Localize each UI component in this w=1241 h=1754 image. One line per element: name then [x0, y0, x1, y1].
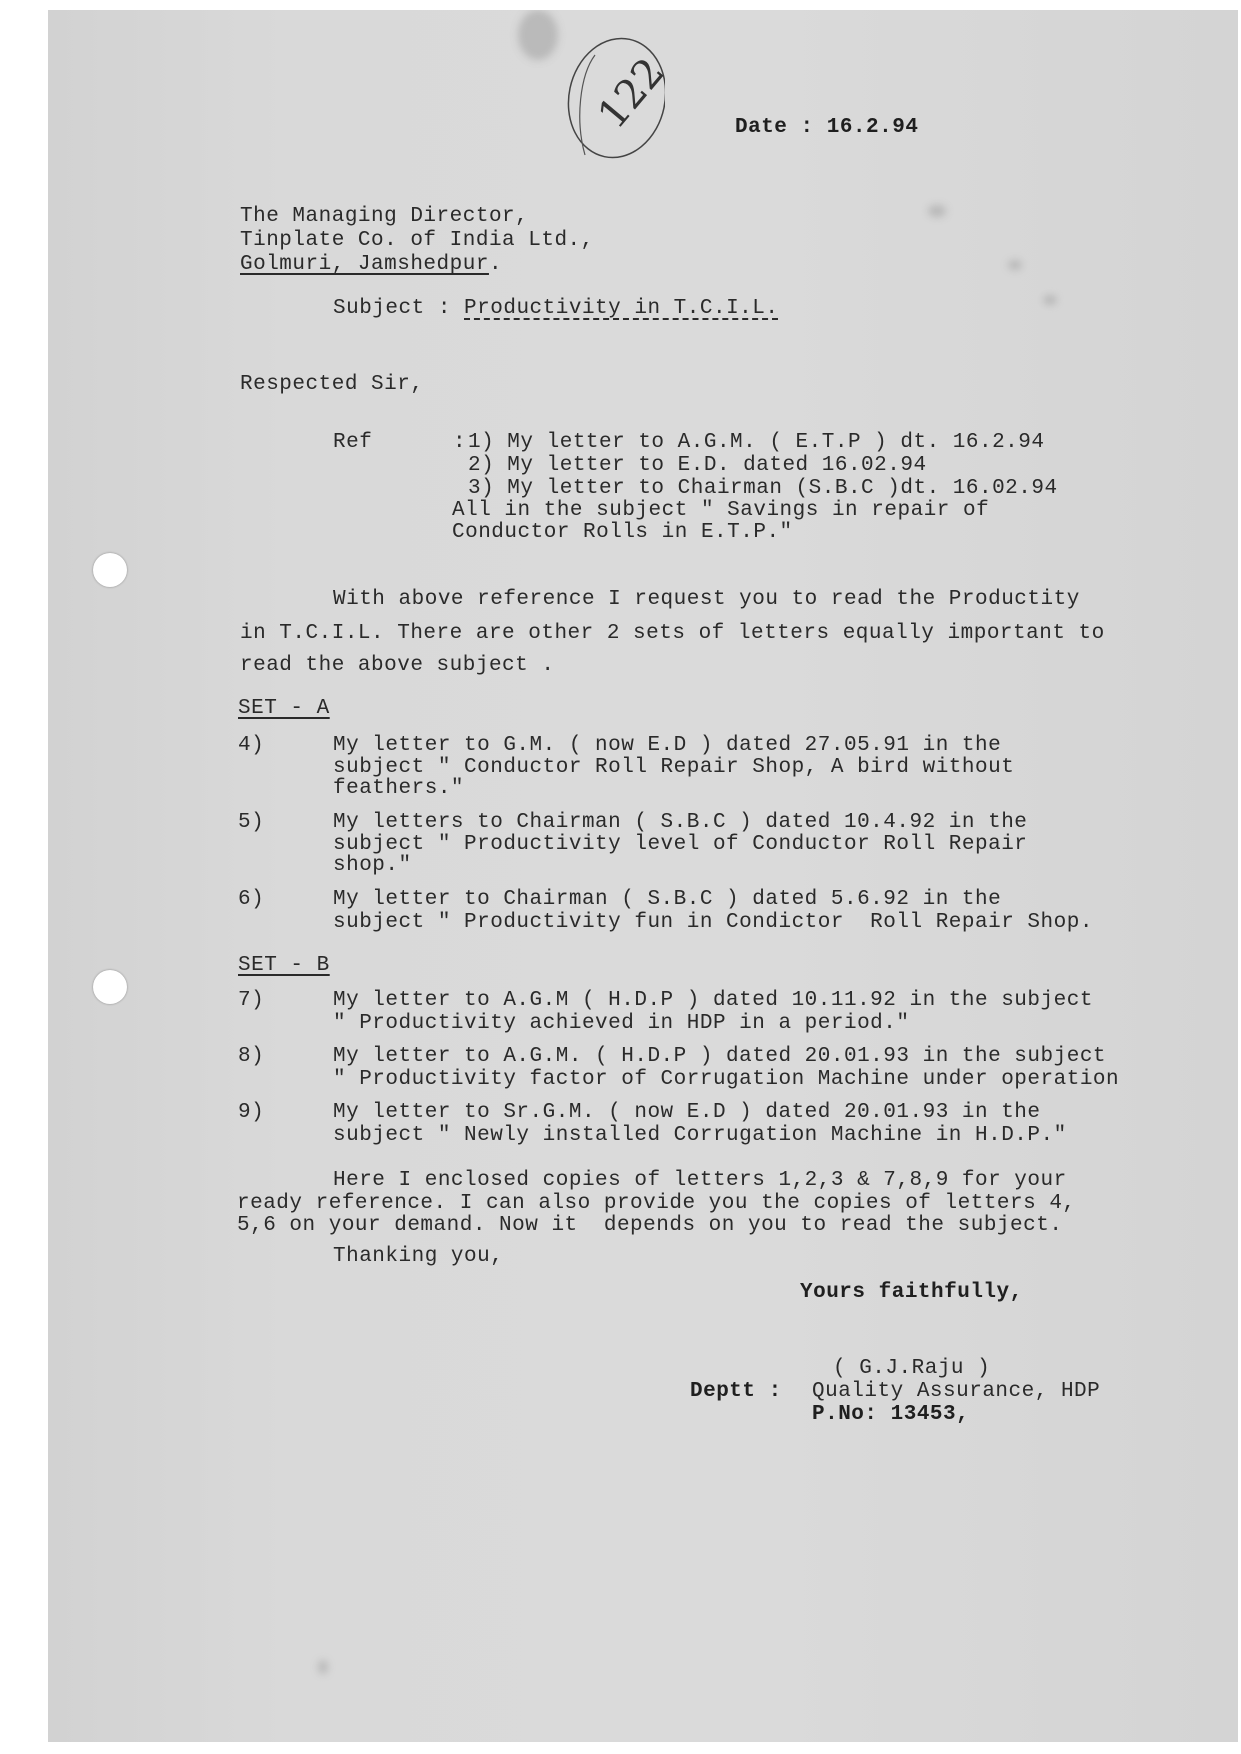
- item-5-number: 5): [238, 811, 264, 835]
- ref-separator: :: [453, 431, 466, 455]
- addressee-line-1: The Managing Director,: [240, 205, 528, 229]
- item-6-number: 6): [238, 888, 264, 912]
- addressee-line-3: Golmuri, Jamshedpur.: [240, 253, 502, 277]
- salutation: Respected Sir,: [240, 373, 423, 397]
- ref-note-line-1: All in the subject " Savings in repair o…: [452, 499, 989, 523]
- intro-line-1: With above reference I request you to re…: [333, 588, 1080, 612]
- item-5-line-3: shop.": [333, 854, 412, 878]
- item-9-line-1: My letter to Sr.G.M. ( now E.D ) dated 2…: [333, 1101, 1041, 1125]
- department-value: Quality Assurance, HDP: [812, 1380, 1100, 1404]
- subject-line: Subject : Productivity in T.C.I.L.: [333, 297, 778, 321]
- addressee-city: Golmuri, Jamshedpur: [240, 253, 489, 276]
- letter-date: Date : 16.2.94: [735, 116, 918, 140]
- thanks: Thanking you,: [333, 1245, 503, 1269]
- item-8-line-2: " Productivity factor of Corrugation Mac…: [333, 1068, 1119, 1092]
- ref-item-3: 3) My letter to Chairman (S.B.C )dt. 16.…: [468, 477, 1058, 501]
- ink-smudge: [1043, 295, 1057, 305]
- item-5-line-1: My letters to Chairman ( S.B.C ) dated 1…: [333, 811, 1027, 835]
- svg-text:122: 122: [589, 49, 665, 137]
- item-6-line-2: subject " Productivity fun in Condictor …: [333, 911, 1093, 935]
- subject-label: Subject :: [333, 297, 464, 320]
- ink-smudge: [518, 10, 558, 60]
- ref-label: Ref: [333, 431, 372, 455]
- closing-line-1: Here I enclosed copies of letters 1,2,3 …: [333, 1169, 1067, 1193]
- item-9-number: 9): [238, 1101, 264, 1125]
- department-label: Deptt :: [690, 1380, 782, 1404]
- signatory-name: ( G.J.Raju ): [833, 1357, 990, 1381]
- item-8-number: 8): [238, 1045, 264, 1069]
- item-5-line-2: subject " Productivity level of Conducto…: [333, 833, 1027, 857]
- item-7-line-2: " Productivity achieved in HDP in a peri…: [333, 1012, 910, 1036]
- intro-line-3: read the above subject .: [240, 654, 554, 678]
- signoff: Yours faithfully,: [800, 1281, 1023, 1305]
- ink-smudge: [928, 205, 946, 217]
- addressee-suffix: .: [489, 253, 502, 276]
- ref-note-line-2: Conductor Rolls in E.T.P.": [452, 521, 793, 545]
- ref-item-2: 2) My letter to E.D. dated 16.02.94: [468, 454, 927, 478]
- ink-smudge: [318, 1660, 328, 1674]
- item-4-line-3: feathers.": [333, 777, 464, 801]
- intro-line-2: in T.C.I.L. There are other 2 sets of le…: [240, 622, 1105, 646]
- punch-hole: [93, 553, 127, 587]
- item-4-number: 4): [238, 734, 264, 758]
- addressee-line-2: Tinplate Co. of India Ltd.,: [240, 229, 594, 253]
- personnel-number: P.No: 13453,: [812, 1403, 969, 1427]
- ref-item-1: 1) My letter to A.G.M. ( E.T.P ) dt. 16.…: [468, 431, 1045, 455]
- ink-smudge: [1008, 260, 1022, 270]
- closing-line-2: ready reference. I can also provide you …: [237, 1192, 1076, 1216]
- set-a-heading: SET - A: [238, 697, 330, 721]
- item-7-number: 7): [238, 989, 264, 1013]
- closing-line-3: 5,6 on your demand. Now it depends on yo…: [237, 1214, 1062, 1238]
- item-8-line-1: My letter to A.G.M. ( H.D.P ) dated 20.0…: [333, 1045, 1106, 1069]
- circled-page-number-icon: 122: [555, 30, 665, 165]
- scanned-letter-page: [48, 10, 1238, 1742]
- item-7-line-1: My letter to A.G.M ( H.D.P ) dated 10.11…: [333, 989, 1093, 1013]
- item-6-line-1: My letter to Chairman ( S.B.C ) dated 5.…: [333, 888, 1001, 912]
- item-4-line-1: My letter to G.M. ( now E.D ) dated 27.0…: [333, 734, 1001, 758]
- subject-text: Productivity in T.C.I.L.: [464, 297, 778, 320]
- punch-hole: [93, 970, 127, 1004]
- set-b-heading: SET - B: [238, 954, 330, 978]
- item-9-line-2: subject " Newly installed Corrugation Ma…: [333, 1124, 1067, 1148]
